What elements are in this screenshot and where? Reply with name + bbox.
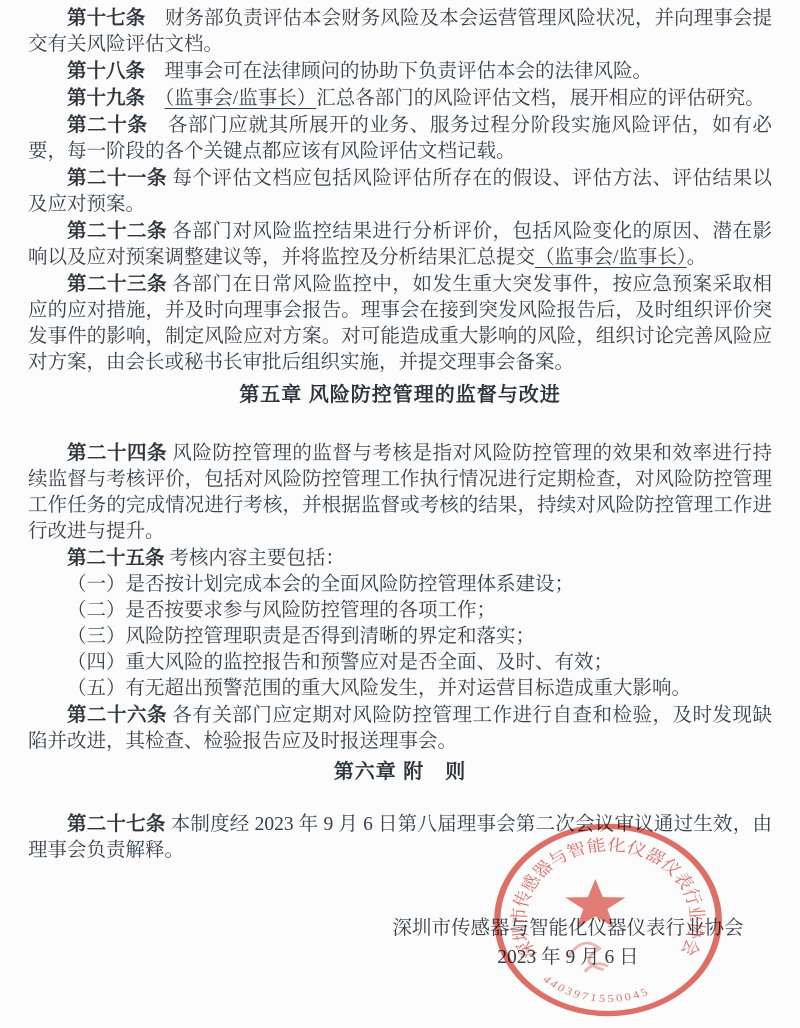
article-17-gap	[145, 8, 165, 29]
article-21-number: 第二十一条	[67, 167, 167, 189]
article-25-text: 考核内容主要包括：	[169, 548, 345, 569]
chapter-6-heading: 第六章 附 则	[28, 759, 772, 785]
article-18: 第十八条 理事会可在法律顾问的协助下负责评估本会的法律风险。	[28, 58, 772, 85]
article-23: 第二十三条 各部门在日常风险监控中，如发生重大突发事件，按应急预案采取相应的应对…	[28, 271, 772, 376]
article-19-number: 第十九条	[67, 87, 145, 109]
list-item-5: （五）有无超出预警范围的重大风险发生，并对运营目标造成重大影响。	[28, 676, 772, 702]
article-18-text: 理事会可在法律顾问的协助下负责评估本会的法律风险。	[165, 61, 653, 82]
seal-serial-text: 4403971550045	[540, 973, 652, 1004]
article-18-gap	[145, 61, 165, 82]
document-content: 第十七条 财务部负责评估本会财务风险及本会运营管理风险状况，并向理事会提交有关风…	[28, 5, 772, 864]
article-17: 第十七条 财务部负责评估本会财务风险及本会运营管理风险状况，并向理事会提交有关风…	[28, 5, 772, 58]
article-26-number: 第二十六条	[67, 704, 167, 726]
article-22: 第二十二条 各部门对风险监控结果进行分析评价，包括风险变化的原因、潜在影响以及应…	[28, 218, 772, 271]
article-24: 第二十四条 风险防控管理的监督与考核是指对风险防控管理的效果和效率进行持续监督与…	[28, 440, 772, 545]
signature-block: 深圳市传感器与智能化仪器仪表行业协会 2023 年 9 月 6 日	[388, 914, 748, 972]
seal-serial-number: 4403971550045	[540, 973, 652, 1004]
article-17-number: 第十七条	[67, 7, 145, 29]
signature-date: 2023 年 9 月 6 日	[388, 943, 748, 972]
article-25: 第二十五条 考核内容主要包括：	[28, 545, 772, 572]
article-19: 第十九条 （监事会/监事长）汇总各部门的风险评估文档，展开相应的评估研究。	[28, 85, 772, 112]
chapter-5-heading: 第五章 风险防控管理的监督与改进	[28, 382, 772, 408]
article-27-number: 第二十七条	[67, 813, 166, 835]
article-19-gap	[145, 88, 165, 109]
list-item-1: （一）是否按计划完成本会的全面风险防控管理体系建设；	[28, 572, 772, 598]
article-19-text: 汇总各部门的风险评估文档，展开相应的评估研究。	[316, 88, 765, 109]
article-22-tail: 。	[687, 247, 707, 268]
list-item-2: （二）是否按要求参与风险防控管理的各项工作；	[28, 598, 772, 624]
document-page: 第十七条 财务部负责评估本会财务风险及本会运营管理风险状况，并向理事会提交有关风…	[0, 0, 800, 1028]
signature-org-name: 深圳市传感器与智能化仪器仪表行业协会	[388, 914, 748, 943]
article-22-underlined-ref: （监事会/监事长）	[535, 247, 687, 268]
list-item-3: （三）风险防控管理职责是否得到清晰的界定和落实；	[28, 624, 772, 650]
article-23-number: 第二十三条	[67, 273, 167, 295]
article-18-number: 第十八条	[67, 60, 145, 82]
article-26: 第二十六条 各有关部门应定期对风险防控管理工作进行自查和检验，及时发现缺陷并改进…	[28, 702, 772, 755]
article-22-number: 第二十二条	[67, 220, 167, 242]
article-21: 第二十一条 每个评估文档应包括风险评估所存在的假设、评估方法、评估结果以及应对预…	[28, 165, 772, 218]
article-24-number: 第二十四条	[67, 442, 167, 464]
article-25-number: 第二十五条	[67, 547, 165, 569]
article-20: 第二十条 各部门应就其所展开的业务、服务过程分阶段实施风险评估，如有必要，每一阶…	[28, 112, 772, 165]
article-20-number: 第二十条	[67, 114, 148, 136]
article-27: 第二十七条 本制度经 2023 年 9 月 6 日第八届理事会第二次会议审议通过…	[28, 811, 772, 864]
article-20-gap	[148, 115, 168, 136]
article-19-underlined-ref: （监事会/监事长）	[165, 88, 317, 109]
list-item-4: （四）重大风险的监控报告和预警应对是否全面、及时、有效；	[28, 650, 772, 676]
